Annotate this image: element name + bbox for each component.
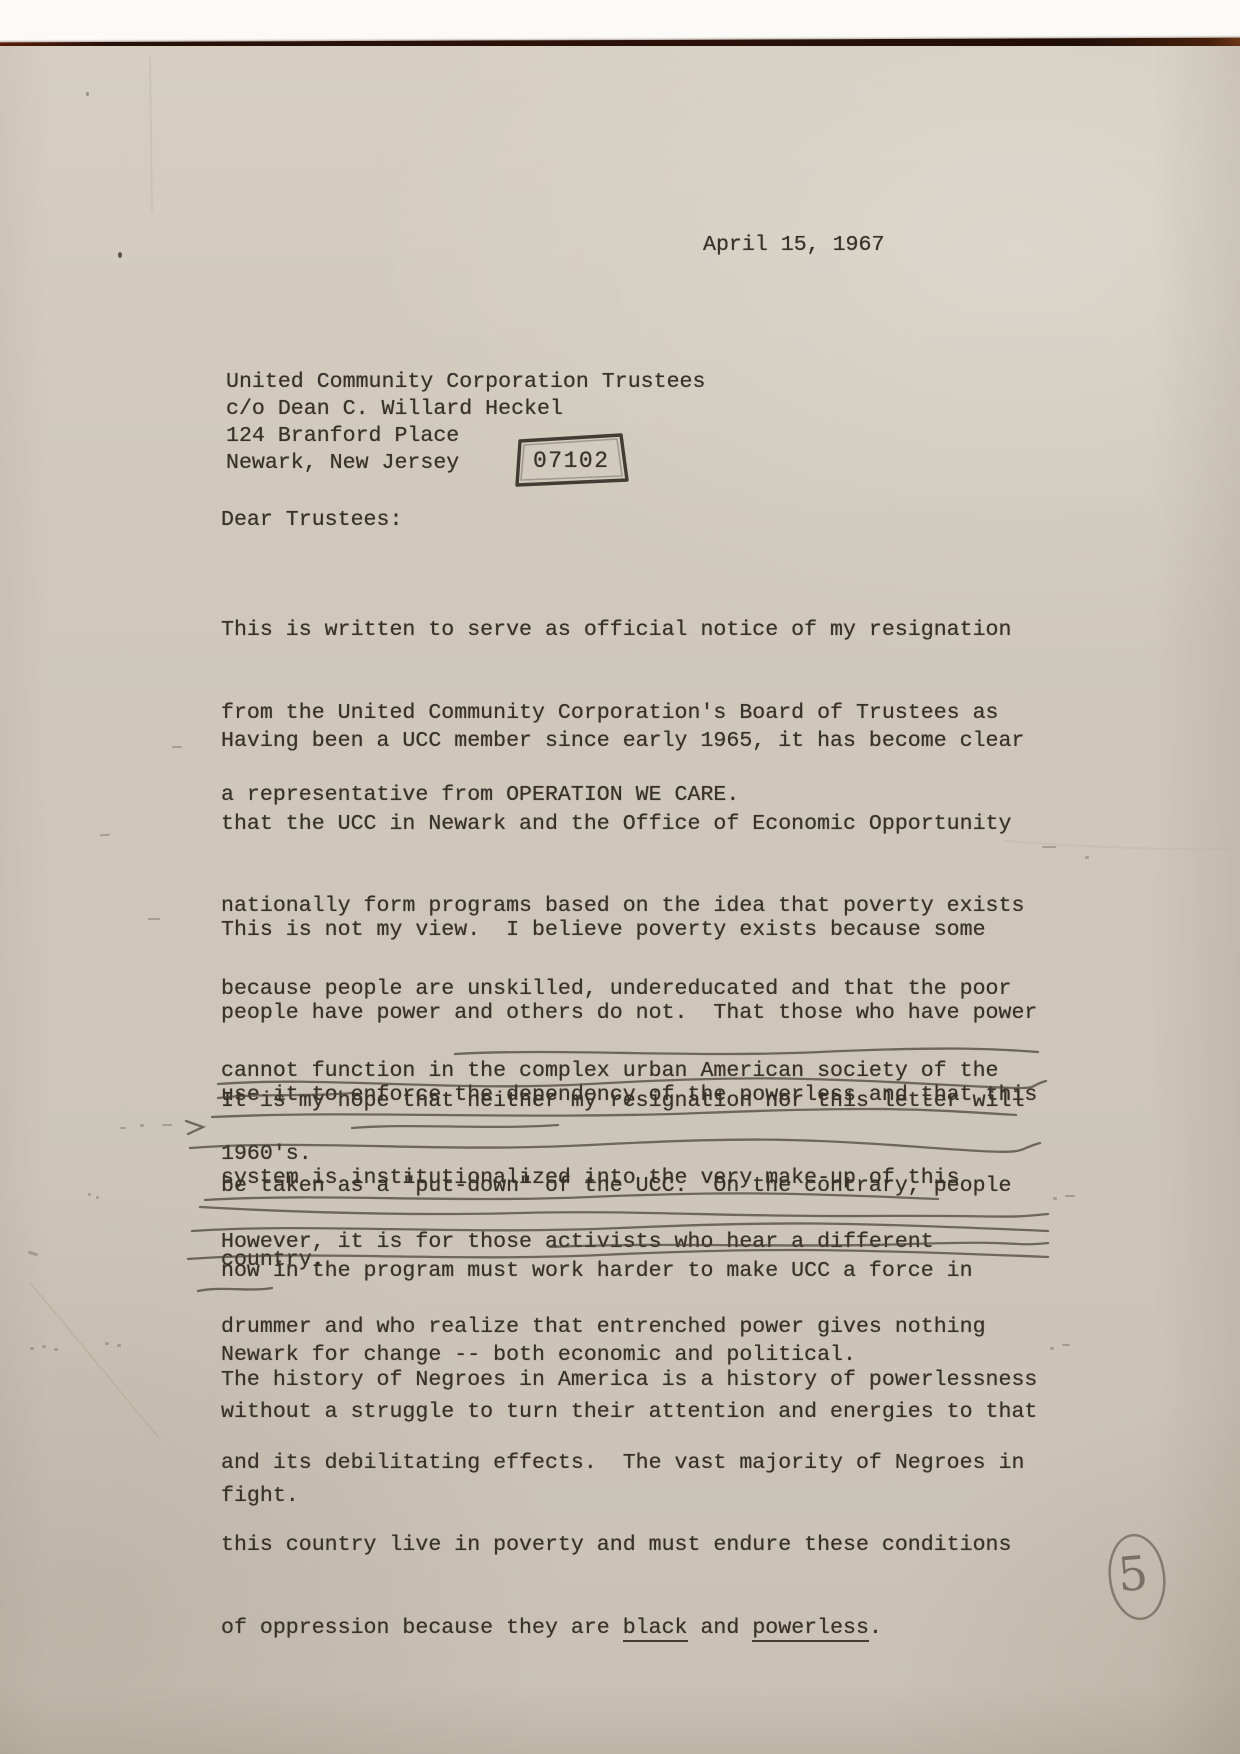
pencil-mark [96,1196,99,1199]
date-line: April 15, 1967 [703,233,884,257]
paragraph-6: The history of Negroes in America is a h… [221,1312,1037,1697]
salutation: Dear Trustees: [221,508,402,532]
text-line: This is not my view. I believe poverty e… [221,917,1037,945]
text-line: However, it is for those activists who h… [221,1228,1037,1256]
text-segment: of oppression because they are [221,1616,623,1640]
pencil-mark [172,746,182,748]
letter-scan-page: April 15, 1967 United Community Corporat… [0,0,1240,1754]
ink-speck [118,252,122,258]
pencil-mark [148,918,160,920]
pencil-mark [54,1348,58,1351]
ink-speck [86,92,89,96]
address-line: c/o Dean C. Willard Heckel [226,397,563,421]
text-line: of oppression because they are black and… [221,1615,1037,1643]
pencil-mark [1042,846,1056,848]
text-line: This is written to serve as official not… [221,617,1011,645]
pencil-mark [1053,1197,1057,1200]
pencil-mark [140,1124,144,1127]
text-line: Having been a UCC member since early 196… [221,728,1024,756]
pencil-mark [120,1127,126,1129]
text-line: The history of Negroes in America is a h… [221,1367,1037,1395]
pencil-mark [30,1347,34,1350]
text-line: this country live in poverty and must en… [221,1532,1037,1560]
pencil-mark [105,1342,109,1345]
pencil-mark [1050,1347,1054,1350]
zip-code: 07102 [533,448,610,474]
text-line: people have power and others do not. Tha… [221,1000,1037,1028]
underlined-word: powerless [752,1616,869,1642]
underlined-word: black [623,1616,688,1642]
text-line: and its debilitating effects. The vast m… [221,1450,1037,1478]
text-segment: . [869,1616,882,1640]
text-line: It is my hope that neither my resignatio… [221,1087,1024,1115]
pencil-mark [162,1124,172,1126]
pencil-mark [1062,1344,1070,1346]
text-line: that the UCC in Newark and the Office of… [221,811,1024,839]
pencil-mark [117,1344,121,1347]
address-line: 124 Branford Place [226,424,459,448]
pencil-mark [1065,1195,1075,1197]
page-number-annotation: 5 [1116,1546,1151,1603]
address-line: United Community Corporation Trustees [226,370,705,394]
pencil-mark [88,1193,91,1196]
address-line: Newark, New Jersey [226,451,459,475]
pencil-mark [1085,856,1089,859]
text-segment: and [688,1616,753,1640]
pencil-mark [42,1345,46,1348]
